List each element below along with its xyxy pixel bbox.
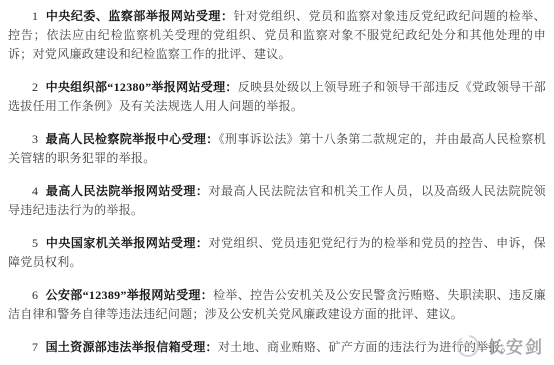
- paragraph-title: 最高人民法院举报网站受理：: [46, 184, 209, 198]
- paragraph-title: 中央组织部“12380”举报网站受理：: [46, 80, 238, 94]
- report-paragraph-2: 2 中央组织部“12380”举报网站受理：反映县处级以上领导班子和领导干部违反《…: [8, 78, 546, 116]
- paragraph-number: 3: [32, 132, 42, 146]
- paragraph-title: 中央国家机关举报网站受理：: [46, 236, 209, 250]
- paragraph-number: 7: [32, 340, 42, 354]
- paragraph-number: 4: [32, 184, 42, 198]
- report-list: 1 中央纪委、监察部举报网站受理：针对党组织、党员和监察对象违反党纪政纪问题的检…: [8, 7, 546, 357]
- paragraph-title: 中央纪委、监察部举报网站受理：: [46, 9, 234, 23]
- paragraph-title: 公安部“12389”举报网站受理：: [46, 288, 213, 302]
- report-paragraph-1: 1 中央纪委、监察部举报网站受理：针对党组织、党员和监察对象违反党纪政纪问题的检…: [8, 7, 546, 64]
- document-page: 1 中央纪委、监察部举报网站受理：针对党组织、党员和监察对象违反党纪政纪问题的检…: [0, 0, 554, 357]
- report-paragraph-4: 4 最高人民法院举报网站受理：对最高人民法院法官和机关工作人员，以及高级人民法院…: [8, 182, 546, 220]
- report-paragraph-6: 6 公安部“12389”举报网站受理：检举、控告公安机关及公安民警贪污贿赂、失职…: [8, 286, 546, 324]
- paragraph-number: 5: [32, 236, 42, 250]
- report-paragraph-5: 5 中央国家机关举报网站受理：对党组织、党员违犯党纪行为的检举和党员的控告、申诉…: [8, 234, 546, 272]
- paragraph-number: 2: [32, 80, 42, 94]
- paragraph-body: 对土地、商业贿赂、矿产方面的违法行为进行的举报。: [218, 340, 513, 354]
- paragraph-title: 最高人民检察院举报中心受理：: [46, 132, 219, 146]
- report-paragraph-7: 7 国土资源部违法举报信箱受理：对土地、商业贿赂、矿产方面的违法行为进行的举报。: [8, 338, 546, 357]
- paragraph-title: 国土资源部违法举报信箱受理：: [46, 340, 218, 354]
- paragraph-number: 6: [32, 288, 42, 302]
- report-paragraph-3: 3 最高人民检察院举报中心受理：《刑事诉讼法》第十八条第二款规定的，并由最高人民…: [8, 130, 546, 168]
- paragraph-number: 1: [32, 9, 42, 23]
